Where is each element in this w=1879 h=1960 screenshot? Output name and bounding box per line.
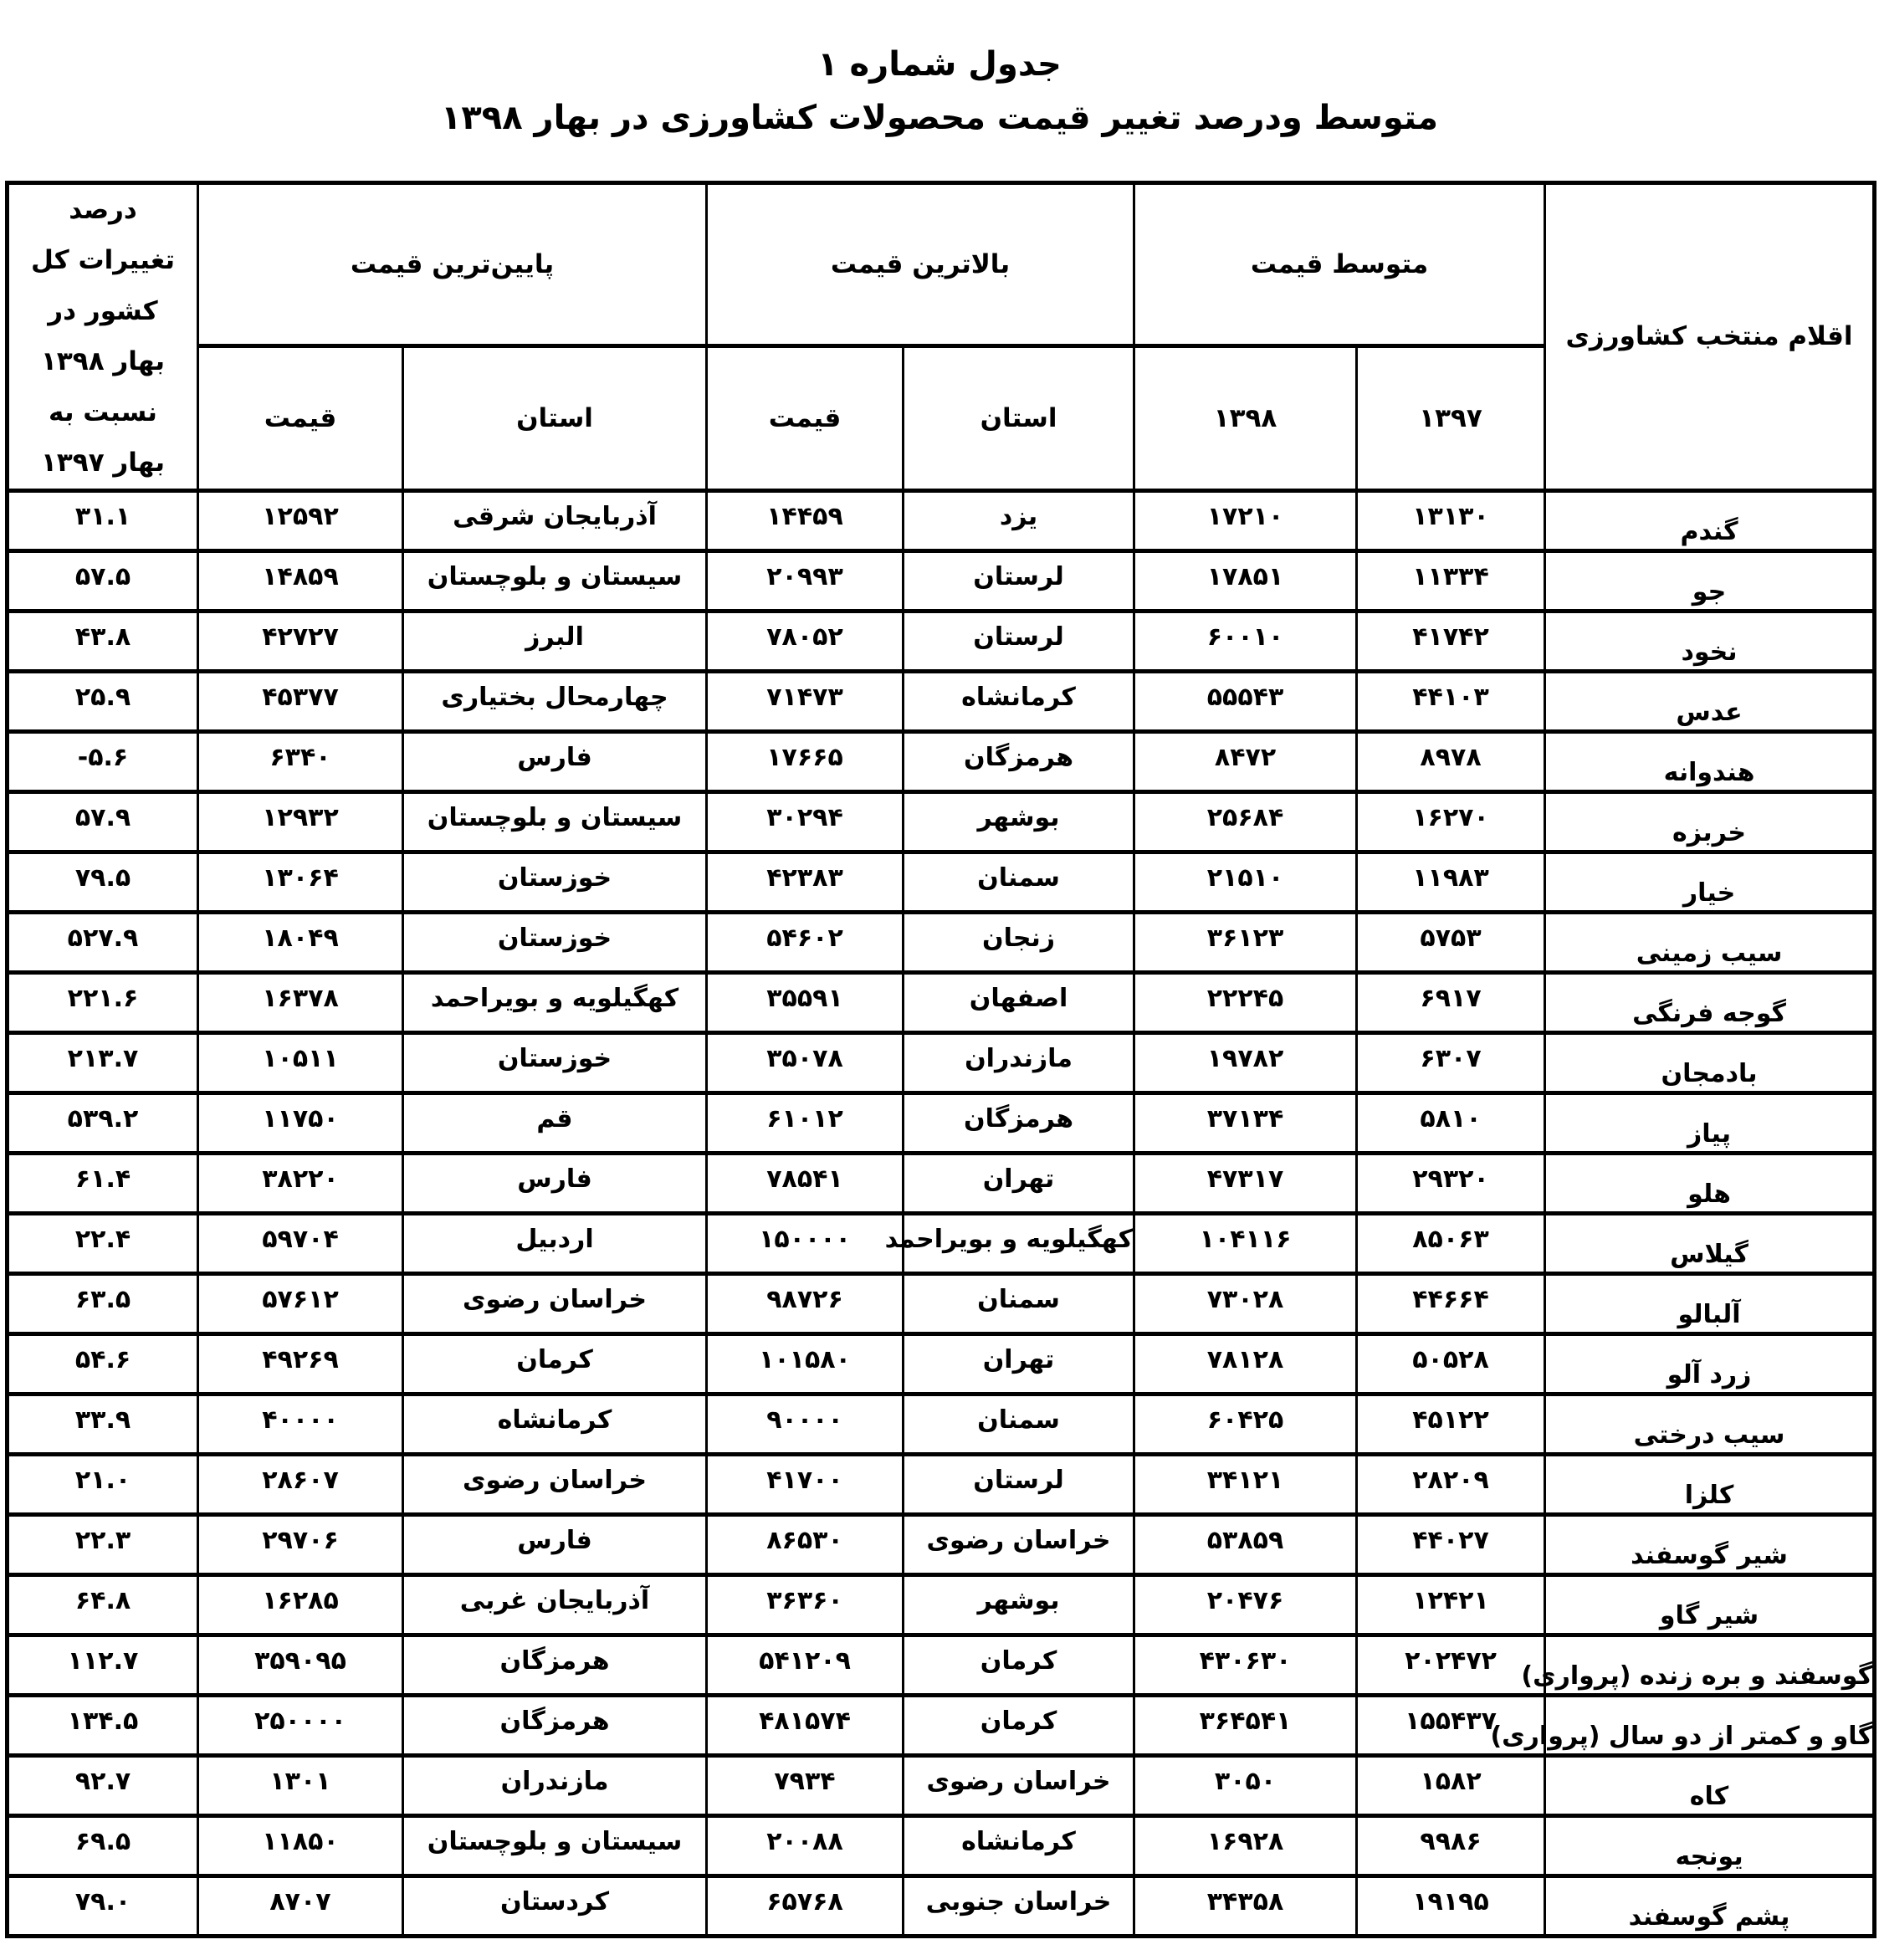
lowest-price-cell-value: ۳۵۹۰۹۵ [254,1646,346,1676]
highest-price-cell-value: ۴۸۱۵۷۴ [759,1707,851,1736]
table-body: گندم۱۳۱۳۰۱۷۲۱۰یزد۱۴۴۵۹آذربایجان شرقی۱۲۵۹… [8,490,1875,1936]
percent-cell-value: ۶۴.۸ [75,1586,131,1615]
table-row: گاو و کمتر از دو سال (پرواری)۱۵۵۴۳۷۳۶۴۵۴… [8,1695,1875,1755]
lowest-province-cell: آذربایجان غربی [403,1574,707,1635]
avg-1397-cell: ۱۱۹۸۳ [1357,852,1545,912]
item-cell: خیار [1545,852,1875,912]
percent-cell-value: ۳۳.۹ [75,1405,131,1435]
percent-cell: ۱۳۴.۵ [8,1695,198,1755]
highest-price-cell-value: ۳۶۳۶۰ [766,1586,843,1615]
avg-1397-cell: ۱۹۱۹۵ [1357,1876,1545,1936]
price-table: اقلام منتخب کشاورزی متوسط قیمت بالاترین … [5,181,1876,1938]
avg-1397-cell: ۲۹۳۲۰ [1357,1153,1545,1213]
highest-province-cell: سمنان [904,1394,1134,1454]
highest-price-cell: ۳۶۳۶۰ [707,1574,904,1635]
highest-price-cell-value: ۴۲۳۸۳ [766,863,843,893]
header-lowest-price-group: پایین‌ترین قیمت [198,183,707,346]
avg-1397-cell-value: ۲۸۲۰۹ [1412,1466,1489,1495]
highest-price-cell-value: ۳۵۰۷۸ [766,1044,843,1073]
avg-1397-cell: ۱۱۳۳۴ [1357,550,1545,611]
highest-price-cell-value: ۷۱۴۷۳ [766,683,843,712]
table-header: اقلام منتخب کشاورزی متوسط قیمت بالاترین … [8,183,1875,491]
lowest-province-cell: فارس [403,1153,707,1213]
avg-1397-cell-value: ۱۱۳۳۴ [1412,562,1489,591]
avg-1398-cell-value: ۶۰۰۱۰ [1207,622,1284,652]
lowest-province-cell: خراسان رضوی [403,1454,707,1514]
highest-price-cell: ۲۰۹۹۳ [707,550,904,611]
header-highest-price: قیمت [707,346,904,491]
highest-province-cell: کرمان [904,1635,1134,1695]
lowest-province-cell: سیستان و بلوچستان [403,1815,707,1876]
avg-1398-cell: ۴۳۰۶۳۰ [1134,1635,1357,1695]
item-cell: گوجه فرنگی [1545,972,1875,1032]
avg-1398-cell: ۲۱۵۱۰ [1134,852,1357,912]
percent-cell-value: ۶۳.۵ [75,1285,131,1314]
table-row: خیار۱۱۹۸۳۲۱۵۱۰سمنان۴۲۳۸۳خوزستان۱۳۰۶۴۷۹.۵ [8,852,1875,912]
highest-price-cell: ۸۶۵۳۰ [707,1514,904,1574]
avg-1398-cell-value: ۱۶۹۲۸ [1207,1827,1284,1856]
highest-price-cell-value: ۱۷۶۶۵ [766,743,843,772]
avg-1398-cell-value: ۲۱۵۱۰ [1207,863,1284,893]
table-row: سیب زمینی۵۷۵۳۳۶۱۲۳زنجان۵۴۶۰۲خوزستان۱۸۰۴۹… [8,912,1875,972]
title-block: جدول شماره ۱ متوسط ودرصد تغییر قیمت محصو… [0,0,1879,139]
highest-province-cell: کرمانشاه [904,1815,1134,1876]
highest-price-cell-value: ۳۰۲۹۴ [766,803,843,832]
lowest-province-cell: خوزستان [403,912,707,972]
highest-price-cell-value: ۹۰۰۰۰ [766,1405,843,1435]
percent-cell-value: ۲۲۱.۶ [68,984,139,1013]
avg-1397-cell-value: ۲۰۲۴۷۲ [1405,1646,1497,1676]
avg-1398-cell-value: ۷۳۰۲۸ [1207,1285,1284,1314]
percent-cell: ۷۹.۰ [8,1876,198,1936]
percent-cell: ۵۷.۹ [8,791,198,852]
highest-province-cell: تهران [904,1333,1134,1394]
avg-1398-cell-value: ۸۴۷۲ [1215,743,1276,772]
lowest-price-cell-value: ۱۰۵۱۱ [262,1044,339,1073]
lowest-province-cell: آذربایجان شرقی [403,490,707,550]
avg-1398-cell: ۳۶۱۲۳ [1134,912,1357,972]
lowest-province-cell: خراسان رضوی [403,1273,707,1333]
header-items-column: اقلام منتخب کشاورزی [1545,183,1875,491]
lowest-price-cell: ۴۰۰۰۰ [198,1394,403,1454]
avg-1397-cell-value: ۶۳۰۷ [1420,1044,1481,1073]
percent-cell: ۵۲۷.۹ [8,912,198,972]
highest-price-cell: ۴۸۱۵۷۴ [707,1695,904,1755]
highest-price-cell-value: ۲۰۰۸۸ [766,1827,843,1856]
item-cell: شیر گوسفند [1545,1514,1875,1574]
highest-price-cell-value: ۶۵۷۶۸ [766,1887,843,1917]
avg-1397-cell-value: ۹۹۸۶ [1420,1827,1481,1856]
lowest-province-cell: قم [403,1093,707,1153]
avg-1397-cell-value: ۱۹۱۹۵ [1412,1887,1489,1917]
lowest-province-cell: اردبیل [403,1213,707,1273]
avg-1397-cell: ۵۷۵۳ [1357,912,1545,972]
avg-1397-cell: ۴۱۷۴۲ [1357,611,1545,671]
lowest-province-cell: کرمانشاه [403,1394,707,1454]
avg-1398-cell-value: ۵۵۵۴۳ [1207,683,1284,712]
item-cell: بادمجان [1545,1032,1875,1093]
lowest-price-cell: ۱۳۰۶۴ [198,852,403,912]
percent-cell: ۶۱.۴ [8,1153,198,1213]
table-row: گیلاس۸۵۰۶۳۱۰۴۱۱۶کهگیلویه و بویراحمد۱۵۰۰۰… [8,1213,1875,1273]
avg-1398-cell-value: ۳۴۳۵۸ [1207,1887,1284,1917]
percent-cell-value: ۵۴.۶ [75,1345,131,1374]
lowest-price-cell-value: ۱۳۰۶۴ [262,863,339,893]
item-cell: عدس [1545,671,1875,731]
lowest-price-cell: ۱۶۲۸۵ [198,1574,403,1635]
table-row: شیر گاو۱۲۴۲۱۲۰۴۷۶بوشهر۳۶۳۶۰آذربایجان غرب… [8,1574,1875,1635]
percent-cell: ۲۱۳.۷ [8,1032,198,1093]
avg-1398-cell-value: ۳۴۱۲۱ [1207,1466,1284,1495]
avg-1397-cell-value: ۴۴۰۲۷ [1412,1526,1489,1555]
avg-1398-cell: ۵۳۸۵۹ [1134,1514,1357,1574]
lowest-price-cell: ۳۸۲۲۰ [198,1153,403,1213]
highest-province-cell: زنجان [904,912,1134,972]
percent-cell: ۲۲.۴ [8,1213,198,1273]
lowest-price-cell: ۱۲۵۹۲ [198,490,403,550]
avg-1397-cell-value: ۵۷۵۳ [1420,924,1481,953]
lowest-price-cell-value: ۱۸۰۴۹ [262,924,339,953]
highest-province-cell: کرمان [904,1695,1134,1755]
lowest-price-cell-value: ۳۸۲۲۰ [262,1164,339,1194]
highest-province-cell: خراسان جنوبی [904,1876,1134,1936]
avg-1398-cell-value: ۳۶۴۵۴۱ [1200,1707,1292,1736]
percent-cell: ۵۴.۶ [8,1333,198,1394]
highest-province-cell: یزد [904,490,1134,550]
avg-1398-cell-value: ۷۸۱۲۸ [1207,1345,1284,1374]
lowest-price-cell-value: ۱۱۷۵۰ [262,1104,339,1134]
highest-price-cell-value: ۱۰۱۵۸۰ [759,1345,851,1374]
lowest-province-cell: هرمزگان [403,1635,707,1695]
item-cell: سیب درختی [1545,1394,1875,1454]
highest-price-cell: ۱۷۶۶۵ [707,731,904,791]
avg-1398-cell: ۲۰۴۷۶ [1134,1574,1357,1635]
avg-1397-cell-value: ۸۵۰۶۳ [1412,1225,1489,1254]
highest-price-cell: ۴۱۷۰۰ [707,1454,904,1514]
item-cell: سیب زمینی [1545,912,1875,972]
percent-cell: ۲۲۱.۶ [8,972,198,1032]
avg-1397-cell: ۴۴۶۶۴ [1357,1273,1545,1333]
lowest-province-cell: خوزستان [403,852,707,912]
header-lowest-province: استان [403,346,707,491]
lowest-price-cell: ۳۵۹۰۹۵ [198,1635,403,1695]
item-cell: نخود [1545,611,1875,671]
avg-1397-cell-value: ۱۵۸۲ [1420,1767,1481,1796]
avg-1397-cell: ۲۰۲۴۷۲ [1357,1635,1545,1695]
avg-1397-cell: ۸۵۰۶۳ [1357,1213,1545,1273]
highest-price-cell-value: ۹۸۷۲۶ [766,1285,843,1314]
avg-1397-cell-value: ۱۳۱۳۰ [1412,502,1489,531]
avg-1398-cell: ۳۴۱۲۱ [1134,1454,1357,1514]
lowest-price-cell: ۴۵۳۷۷ [198,671,403,731]
highest-price-cell: ۷۹۳۴ [707,1755,904,1815]
percent-cell-value: ۵۷.۵ [75,562,131,591]
avg-1397-cell: ۹۹۸۶ [1357,1815,1545,1876]
percent-cell-value: ۱۱۲.۷ [68,1646,139,1676]
lowest-price-cell-value: ۱۱۸۵۰ [262,1827,339,1856]
avg-1398-cell: ۵۵۵۴۳ [1134,671,1357,731]
highest-province-cell: اصفهان [904,972,1134,1032]
avg-1397-cell: ۶۹۱۷ [1357,972,1545,1032]
avg-1397-cell: ۱۳۱۳۰ [1357,490,1545,550]
percent-cell: ۴۳.۸ [8,611,198,671]
item-cell: خربزه [1545,791,1875,852]
item-cell: هندوانه [1545,731,1875,791]
page-title: جدول شماره ۱ [0,43,1879,85]
avg-1398-cell: ۳۴۳۵۸ [1134,1876,1357,1936]
highest-province-cell: بوشهر [904,1574,1134,1635]
item-cell: جو [1545,550,1875,611]
percent-cell: -۵.۶ [8,731,198,791]
lowest-price-cell: ۴۹۲۶۹ [198,1333,403,1394]
percent-cell-value: ۲۲.۴ [75,1225,131,1254]
avg-1397-cell: ۴۵۱۲۲ [1357,1394,1545,1454]
percent-cell-value: ۹۲.۷ [75,1767,131,1796]
highest-price-cell: ۶۵۷۶۸ [707,1876,904,1936]
percent-cell-value: ۵۲۷.۹ [68,924,139,953]
avg-1397-cell: ۴۴۰۲۷ [1357,1514,1545,1574]
percent-cell-value: ۲۱.۰ [75,1466,131,1495]
table-row: یونجه۹۹۸۶۱۶۹۲۸کرمانشاه۲۰۰۸۸سیستان و بلوچ… [8,1815,1875,1876]
highest-province-cell: هرمزگان [904,1093,1134,1153]
header-year-1397: ۱۳۹۷ [1357,346,1545,491]
percent-cell-value: ۲۵.۹ [75,683,131,712]
highest-price-cell-value: ۶۱۰۱۲ [766,1104,843,1134]
lowest-price-cell: ۶۳۴۰ [198,731,403,791]
lowest-price-cell-value: ۱۲۹۳۲ [262,803,339,832]
lowest-province-cell: فارس [403,1514,707,1574]
highest-price-cell: ۵۴۱۲۰۹ [707,1635,904,1695]
highest-province-cell: سمنان [904,852,1134,912]
highest-price-cell-value: ۴۱۷۰۰ [766,1466,843,1495]
percent-cell: ۳۱.۱ [8,490,198,550]
highest-price-cell-value: ۱۵۰۰۰۰ [759,1225,851,1254]
highest-price-cell: ۵۴۶۰۲ [707,912,904,972]
table-row: شیر گوسفند۴۴۰۲۷۵۳۸۵۹خراسان رضوی۸۶۵۳۰فارس… [8,1514,1875,1574]
lowest-price-cell-value: ۱۳۰۱ [269,1767,330,1796]
avg-1398-cell-value: ۲۰۴۷۶ [1207,1586,1284,1615]
highest-price-cell-value: ۱۴۴۵۹ [766,502,843,531]
lowest-province-cell: کهگیلویه و بویراحمد [403,972,707,1032]
header-average-price-group: متوسط قیمت [1134,183,1545,346]
table-row: کلزا۲۸۲۰۹۳۴۱۲۱لرستان۴۱۷۰۰خراسان رضوی۲۸۶۰… [8,1454,1875,1514]
lowest-price-cell: ۱۸۰۴۹ [198,912,403,972]
percent-cell: ۱۱۲.۷ [8,1635,198,1695]
item-cell: گوسفند و بره زنده (پرواری) [1545,1635,1875,1695]
percent-cell-value: ۱۳۴.۵ [68,1707,139,1736]
avg-1397-cell-value: ۵۰۵۲۸ [1412,1345,1489,1374]
lowest-province-cell: خوزستان [403,1032,707,1093]
item-cell: شیر گاو [1545,1574,1875,1635]
highest-province-cell: تهران [904,1153,1134,1213]
percent-cell-value: ۷۹.۰ [75,1887,131,1917]
avg-1398-cell-value: ۳۶۱۲۳ [1207,924,1284,953]
avg-1397-cell: ۵۸۱۰ [1357,1093,1545,1153]
avg-1398-cell: ۶۰۰۱۰ [1134,611,1357,671]
percent-cell: ۲۱.۰ [8,1454,198,1514]
highest-price-cell-value: ۲۰۹۹۳ [766,562,843,591]
avg-1397-cell: ۱۲۴۲۱ [1357,1574,1545,1635]
avg-1398-cell: ۱۶۹۲۸ [1134,1815,1357,1876]
percent-cell: ۵۷.۵ [8,550,198,611]
table-row: بادمجان۶۳۰۷۱۹۷۸۲مازندران۳۵۰۷۸خوزستان۱۰۵۱… [8,1032,1875,1093]
highest-price-cell: ۷۸۵۴۱ [707,1153,904,1213]
percent-cell-value: ۷۹.۵ [75,863,131,893]
highest-province-cell: بوشهر [904,791,1134,852]
highest-price-cell: ۶۱۰۱۲ [707,1093,904,1153]
highest-province-cell: لرستان [904,1454,1134,1514]
avg-1397-cell: ۵۰۵۲۸ [1357,1333,1545,1394]
highest-province-cell: لرستان [904,550,1134,611]
percent-cell: ۶۹.۵ [8,1815,198,1876]
avg-1398-cell: ۳۰۵۰ [1134,1755,1357,1815]
percent-cell-value: ۲۱۳.۷ [68,1044,139,1073]
item-cell: آلبالو [1545,1273,1875,1333]
lowest-price-cell-value: ۵۷۶۱۲ [262,1285,339,1314]
header-highest-province: استان [904,346,1134,491]
lowest-price-cell-value: ۴۲۷۲۷ [262,622,339,652]
lowest-price-cell-value: ۵۹۷۰۴ [262,1225,339,1254]
lowest-price-cell: ۱۲۹۳۲ [198,791,403,852]
lowest-province-cell: البرز [403,611,707,671]
avg-1398-cell: ۸۴۷۲ [1134,731,1357,791]
highest-price-cell: ۳۵۰۷۸ [707,1032,904,1093]
highest-price-cell-value: ۳۵۵۹۱ [766,984,843,1013]
avg-1397-cell-value: ۱۱۹۸۳ [1412,863,1489,893]
item-cell: زرد آلو [1545,1333,1875,1394]
avg-1398-cell-value: ۲۵۶۸۴ [1207,803,1284,832]
percent-cell: ۷۹.۵ [8,852,198,912]
percent-cell-value: ۴۳.۸ [75,622,131,652]
table-row: گوسفند و بره زنده (پرواری)۲۰۲۴۷۲۴۳۰۶۳۰کر… [8,1635,1875,1695]
highest-price-cell: ۹۰۰۰۰ [707,1394,904,1454]
percent-cell-value: ۳۱.۱ [75,502,131,531]
percent-cell: ۲۵.۹ [8,671,198,731]
avg-1397-cell: ۶۳۰۷ [1357,1032,1545,1093]
highest-price-cell: ۹۸۷۲۶ [707,1273,904,1333]
avg-1398-cell-value: ۶۰۴۲۵ [1207,1405,1284,1435]
item-cell: کاه [1545,1755,1875,1815]
page-subtitle: متوسط ودرصد تغییر قیمت محصولات کشاورزی د… [0,97,1879,139]
avg-1398-cell: ۱۷۸۵۱ [1134,550,1357,611]
highest-price-cell: ۲۰۰۸۸ [707,1815,904,1876]
lowest-price-cell: ۵۹۷۰۴ [198,1213,403,1273]
highest-province-cell: کهگیلویه و بویراحمد [904,1213,1134,1273]
lowest-price-cell: ۱۱۷۵۰ [198,1093,403,1153]
avg-1398-cell: ۷۸۱۲۸ [1134,1333,1357,1394]
avg-1398-cell: ۳۶۴۵۴۱ [1134,1695,1357,1755]
highest-province-cell: لرستان [904,611,1134,671]
highest-price-cell-value: ۸۶۵۳۰ [766,1526,843,1555]
avg-1398-cell-value: ۲۲۲۴۵ [1207,984,1284,1013]
avg-1398-cell-value: ۱۹۷۸۲ [1207,1044,1284,1073]
item-cell: گندم [1545,490,1875,550]
highest-price-cell-value: ۵۴۱۲۰۹ [759,1646,851,1676]
avg-1398-cell: ۷۳۰۲۸ [1134,1273,1357,1333]
percent-cell: ۶۳.۵ [8,1273,198,1333]
lowest-price-cell: ۴۲۷۲۷ [198,611,403,671]
lowest-province-cell: هرمزگان [403,1695,707,1755]
table-row: هلو۲۹۳۲۰۴۷۳۱۷تهران۷۸۵۴۱فارس۳۸۲۲۰۶۱.۴ [8,1153,1875,1213]
avg-1398-cell-value: ۱۰۴۱۱۶ [1200,1225,1292,1254]
avg-1398-cell-value: ۴۷۳۱۷ [1207,1164,1284,1194]
item-cell: گیلاس [1545,1213,1875,1273]
highest-price-cell-value: ۷۹۳۴ [774,1767,835,1796]
percent-cell-value: ۶۹.۵ [75,1827,131,1856]
percent-cell: ۵۳۹.۲ [8,1093,198,1153]
avg-1398-cell-value: ۱۷۸۵۱ [1207,562,1284,591]
lowest-province-cell: مازندران [403,1755,707,1815]
avg-1398-cell-value: ۱۷۲۱۰ [1207,502,1284,531]
lowest-price-cell-value: ۶۳۴۰ [269,743,330,772]
lowest-price-cell: ۲۵۰۰۰۰ [198,1695,403,1755]
avg-1397-cell-value: ۴۴۶۶۴ [1412,1285,1489,1314]
percent-cell: ۹۲.۷ [8,1755,198,1815]
avg-1397-cell-value: ۵۸۱۰ [1420,1104,1481,1134]
table-row: کاه۱۵۸۲۳۰۵۰خراسان رضوی۷۹۳۴مازندران۱۳۰۱۹۲… [8,1755,1875,1815]
avg-1397-cell-value: ۱۵۵۴۳۷ [1405,1707,1497,1736]
table-row: پشم گوسفند۱۹۱۹۵۳۴۳۵۸خراسان جنوبی۶۵۷۶۸کرد… [8,1876,1875,1936]
highest-price-cell: ۷۸۰۵۲ [707,611,904,671]
lowest-price-cell: ۱۴۸۵۹ [198,550,403,611]
lowest-price-cell: ۲۸۶۰۷ [198,1454,403,1514]
avg-1397-cell-value: ۱۶۲۷۰ [1412,803,1489,832]
lowest-price-cell: ۲۹۷۰۶ [198,1514,403,1574]
lowest-price-cell-value: ۱۴۸۵۹ [262,562,339,591]
table-row: زرد آلو۵۰۵۲۸۷۸۱۲۸تهران۱۰۱۵۸۰کرمان۴۹۲۶۹۵۴… [8,1333,1875,1394]
percent-cell-value: ۶۱.۴ [75,1164,131,1194]
document-page: جدول شماره ۱ متوسط ودرصد تغییر قیمت محصو… [0,0,1879,1960]
highest-province-cell: سمنان [904,1273,1134,1333]
lowest-price-cell: ۱۱۸۵۰ [198,1815,403,1876]
lowest-province-cell: سیستان و بلوچستان [403,550,707,611]
item-cell: یونجه [1545,1815,1875,1876]
lowest-price-cell-value: ۴۹۲۶۹ [262,1345,339,1374]
table-row: پیاز۵۸۱۰۳۷۱۳۴هرمزگان۶۱۰۱۲قم۱۱۷۵۰۵۳۹.۲ [8,1093,1875,1153]
avg-1398-cell-value: ۳۰۵۰ [1215,1767,1276,1796]
avg-1397-cell-value: ۱۲۴۲۱ [1412,1586,1489,1615]
lowest-province-cell: فارس [403,731,707,791]
lowest-price-cell: ۱۶۳۷۸ [198,972,403,1032]
header-row-groups: اقلام منتخب کشاورزی متوسط قیمت بالاترین … [8,183,1875,346]
highest-province-cell: کرمانشاه [904,671,1134,731]
lowest-price-cell-value: ۴۵۳۷۷ [262,683,339,712]
table-row: نخود۴۱۷۴۲۶۰۰۱۰لرستان۷۸۰۵۲البرز۴۲۷۲۷۴۳.۸ [8,611,1875,671]
lowest-price-cell-value: ۱۲۵۹۲ [262,502,339,531]
item-cell: هلو [1545,1153,1875,1213]
header-percent-change: درصد تغییرات کل کشور در بهار ۱۳۹۸ نسبت ب… [8,183,198,491]
avg-1397-cell-value: ۲۹۳۲۰ [1412,1164,1489,1194]
lowest-price-cell-value: ۲۸۶۰۷ [262,1466,339,1495]
lowest-price-cell-value: ۲۹۷۰۶ [262,1526,339,1555]
percent-cell: ۳۳.۹ [8,1394,198,1454]
item-cell: کلزا [1545,1454,1875,1514]
lowest-province-cell: چهارمحال بختیاری [403,671,707,731]
avg-1398-cell: ۱۰۴۱۱۶ [1134,1213,1357,1273]
highest-price-cell-value: ۷۸۰۵۲ [766,622,843,652]
header-highest-price-group: بالاترین قیمت [707,183,1134,346]
lowest-price-cell: ۵۷۶۱۲ [198,1273,403,1333]
avg-1397-cell: ۸۹۷۸ [1357,731,1545,791]
avg-1398-cell: ۴۷۳۱۷ [1134,1153,1357,1213]
avg-1397-cell-value: ۴۴۱۰۳ [1412,683,1489,712]
lowest-province-cell: سیستان و بلوچستان [403,791,707,852]
avg-1398-cell-value: ۵۳۸۵۹ [1207,1526,1284,1555]
table-row: آلبالو۴۴۶۶۴۷۳۰۲۸سمنان۹۸۷۲۶خراسان رضوی۵۷۶… [8,1273,1875,1333]
highest-price-cell: ۱۰۱۵۸۰ [707,1333,904,1394]
avg-1398-cell: ۶۰۴۲۵ [1134,1394,1357,1454]
highest-price-cell-value: ۷۸۵۴۱ [766,1164,843,1194]
